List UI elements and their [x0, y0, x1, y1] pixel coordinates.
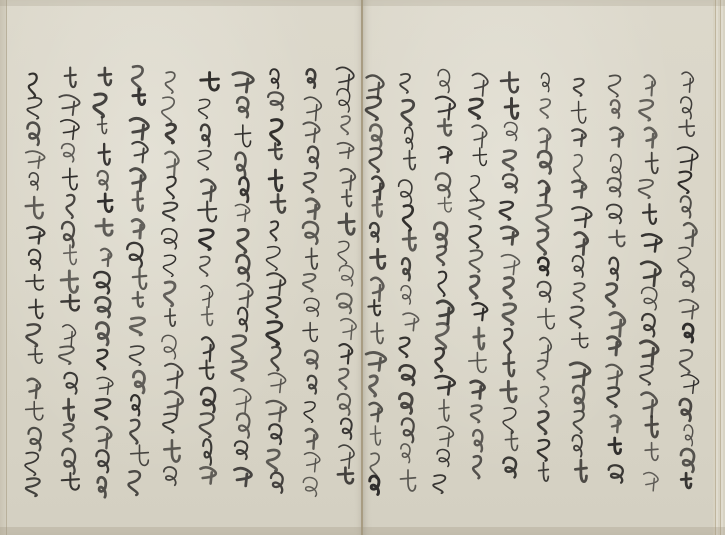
calligraphy-column	[570, 79, 591, 482]
calligraphy-column	[500, 72, 520, 477]
calligraphy-column	[433, 70, 455, 494]
calligraphy-ink-layer	[0, 0, 725, 535]
calligraphy-column	[536, 73, 554, 481]
calligraphy-column	[469, 73, 488, 478]
calligraphy-column	[606, 75, 625, 482]
left-col-10: みしうやまとうてうさもうれの色しうわてあゆと	[0, 0, 1, 1]
calligraphy-column	[232, 73, 254, 486]
calligraphy-column	[336, 67, 356, 483]
calligraphy-column	[266, 69, 286, 493]
calligraphy-column	[198, 73, 218, 484]
calligraphy-column	[366, 75, 386, 494]
calligraphy-column	[678, 72, 699, 488]
calligraphy-column	[639, 75, 662, 491]
open-book: らふらうてらるすかねここてまもたさ ほんすみつれてもまあ井のあつひよ会知乙 をし…	[0, 0, 725, 535]
calligraphy-column	[303, 69, 321, 496]
calligraphy-column	[162, 72, 183, 485]
calligraphy-column	[59, 68, 80, 490]
calligraphy-column	[25, 74, 45, 497]
calligraphy-column	[399, 74, 419, 491]
calligraphy-column	[127, 66, 148, 495]
calligraphy-column	[94, 68, 113, 497]
